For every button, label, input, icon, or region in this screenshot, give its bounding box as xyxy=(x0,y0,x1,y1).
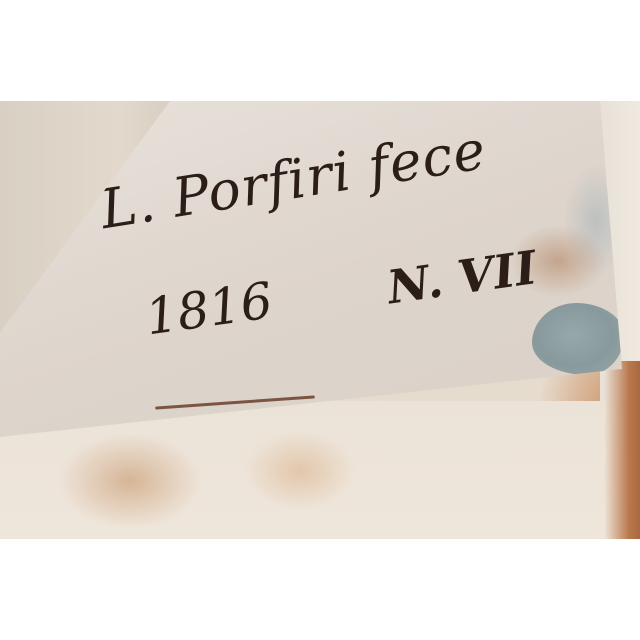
photograph: L. Porfiri fece 1816 N. VII xyxy=(0,101,640,539)
year-inscription: 1816 xyxy=(142,271,276,346)
bottom-margin xyxy=(0,539,640,640)
blue-gray-stain xyxy=(532,303,624,375)
top-margin xyxy=(0,0,640,101)
signature-inscription: L. Porfiri fece xyxy=(96,118,490,241)
number-inscription: N. VII xyxy=(384,240,540,314)
wooden-frame-edge xyxy=(604,361,640,539)
